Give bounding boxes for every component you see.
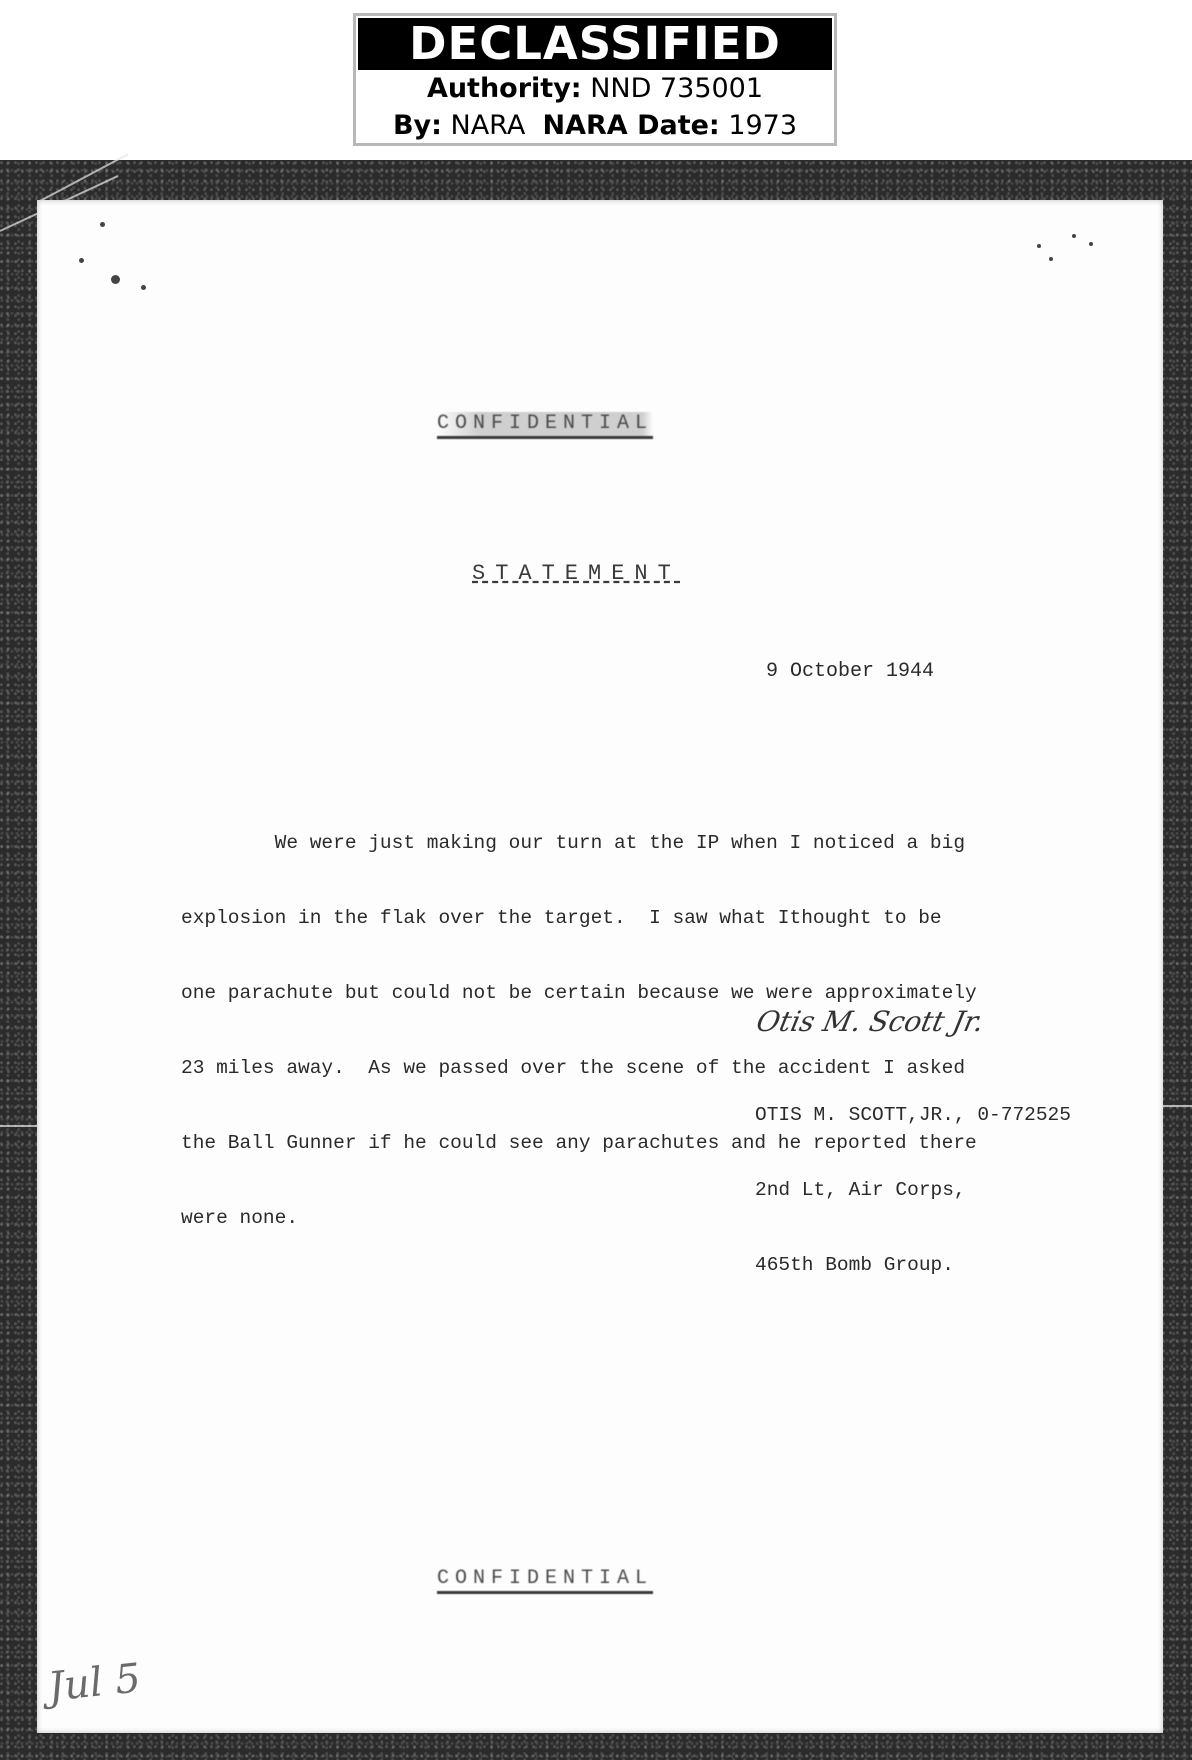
speck [1072,234,1076,238]
speck [79,258,84,263]
speck [100,222,105,227]
speck [1037,244,1041,248]
stamp-by-date: By: NARA NARA Date: 1973 [356,107,834,144]
body-line: We were just making our turn at the IP w… [181,831,977,856]
handwritten-note: Jul 5 [46,1655,143,1710]
nara-date-label: NARA Date: [543,110,720,141]
document-heading: STATEMENT [472,561,681,586]
classification-bottom: CONFIDENTIAL [437,1567,653,1594]
scan-scratch [1160,1105,1192,1107]
signer-rank: 2nd Lt, Air Corps, [755,1178,1071,1203]
signature-block: OTIS M. SCOTT,JR., 0-772525 2nd Lt, Air … [755,1053,1071,1303]
body-line: one parachute but could not be certain b… [181,981,977,1006]
speck [111,275,120,284]
scan-scratch [0,1125,37,1127]
speck [1049,257,1053,261]
signer-name: OTIS M. SCOTT,JR., 0-772525 [755,1103,1071,1128]
speck [141,285,146,290]
authority-label: Authority: [427,73,582,104]
declassified-stamp: DECLASSIFIED Authority: NND 735001 By: N… [353,13,837,146]
by-value: NARA [451,110,526,141]
signer-unit: 465th Bomb Group. [755,1253,1071,1278]
document-date: 9 October 1944 [766,660,934,683]
stamp-title: DECLASSIFIED [358,18,832,70]
by-label: By: [393,110,442,141]
speck [1089,242,1093,246]
nara-date-value: 1973 [728,110,797,141]
classification-top: CONFIDENTIAL [437,412,653,439]
authority-value: NND 735001 [590,73,763,104]
stamp-authority: Authority: NND 735001 [356,70,834,107]
body-line: explosion in the flak over the target. I… [181,906,977,931]
handwritten-signature: Otis M. Scott Jr. [753,1005,986,1038]
